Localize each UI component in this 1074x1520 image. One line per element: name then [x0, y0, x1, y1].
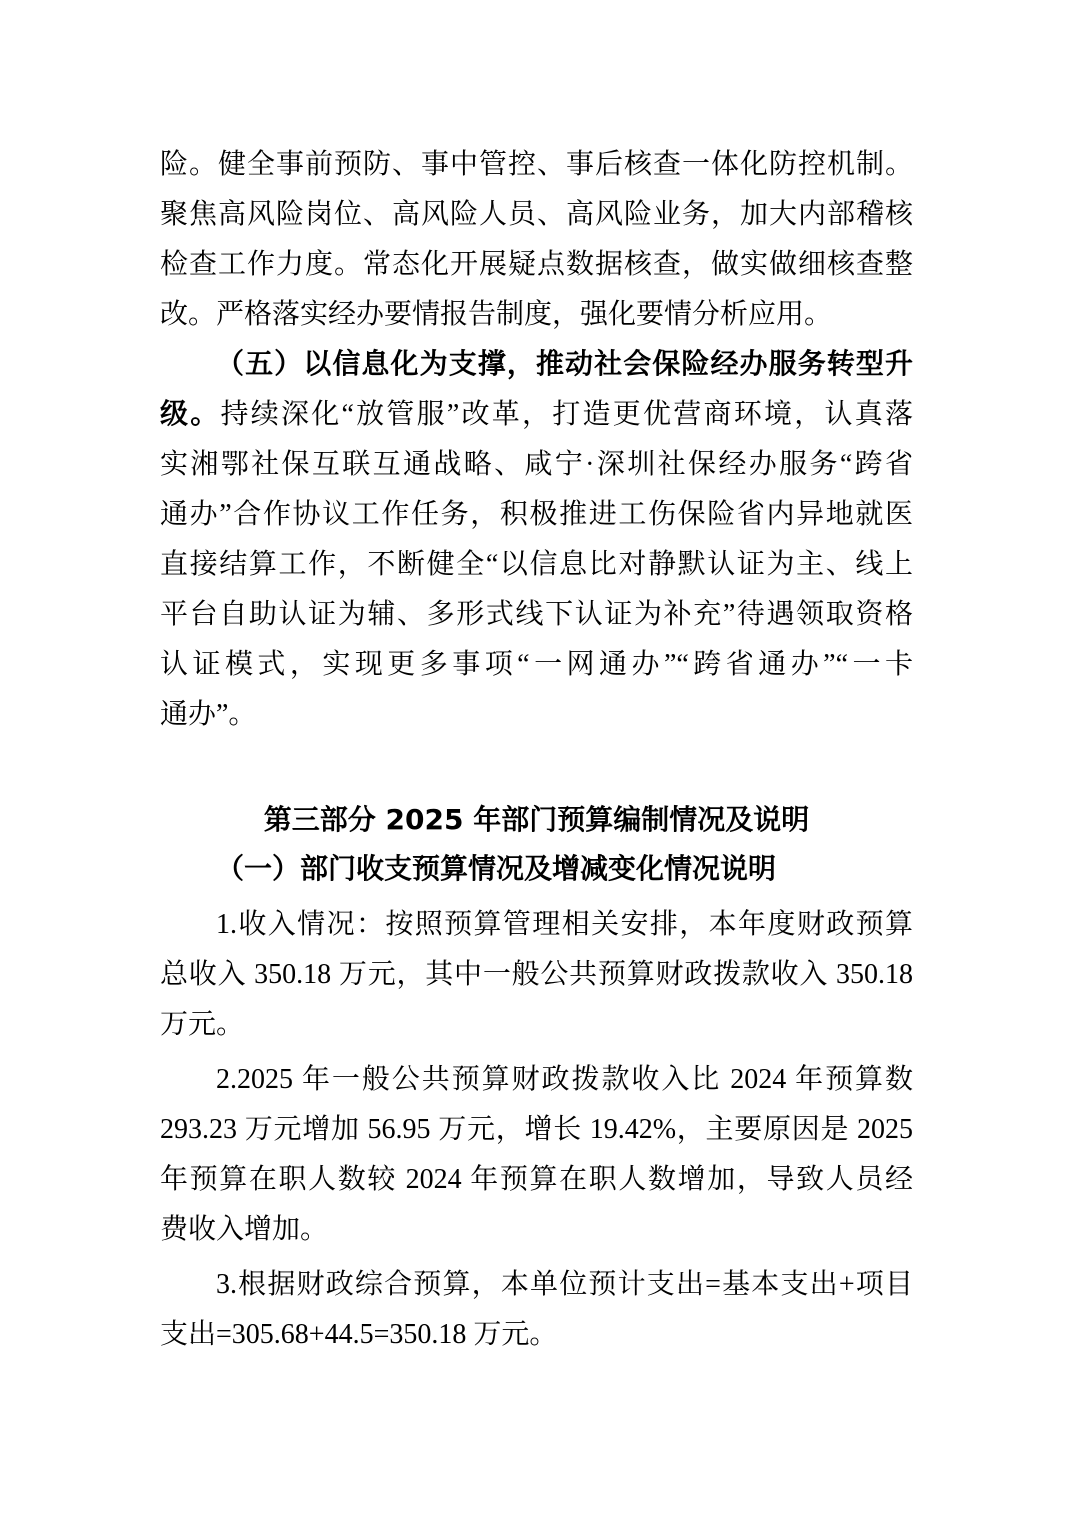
text-column: 险。健全事前预防、事中管控、事后核查一体化防控机制。 聚焦高风险岗位、高风险人员…: [160, 140, 913, 1360]
paragraph-increase: 2.2025 年一般公共预算财政拨款收入比 2024 年预算数 293.23 万…: [160, 1055, 913, 1255]
text-line: 险。健全事前预防、事中管控、事后核查一体化防控机制。: [160, 140, 913, 190]
text-line: 聚焦高风险岗位、高风险人员、高风险业务，加大内部稽核: [160, 190, 913, 240]
paragraph-income: 1.收入情况：按照预算管理相关安排，本年度财政预算 总收入 350.18 万元，…: [160, 900, 913, 1050]
text-line: 改。严格落实经办要情报告制度，强化要情分析应用。: [160, 290, 913, 340]
text-line: 年预算在职人数较 2024 年预算在职人数增加，导致人员经: [160, 1155, 913, 1205]
text-line: 检查工作力度。常态化开展疑点数据核查，做实做细核查整: [160, 240, 913, 290]
paragraph-informatization: （五）以信息化为支撑，推动社会保险经办服务转型升 级。持续深化“放管服”改革，打…: [160, 340, 913, 740]
text-line: 万元。: [160, 1000, 913, 1050]
bold-run: 级。: [160, 399, 221, 430]
sub-heading: （一）部门收支预算情况及增减变化情况说明: [160, 845, 913, 895]
text-run: 持续深化“放管服”改革，打造更优营商环境，认真落: [221, 399, 914, 430]
text-line: 级。持续深化“放管服”改革，打造更优营商环境，认真落: [160, 390, 913, 440]
text-line: 293.23 万元增加 56.95 万元，增长 19.42%，主要原因是 202…: [160, 1105, 913, 1155]
text-line: 平台自助认证为辅、多形式线下认证为补充”待遇领取资格: [160, 590, 913, 640]
text-line: 1.收入情况：按照预算管理相关安排，本年度财政预算: [160, 900, 913, 950]
document-page: 险。健全事前预防、事中管控、事后核查一体化防控机制。 聚焦高风险岗位、高风险人员…: [0, 0, 1074, 1520]
text-line: 直接结算工作，不断健全“以信息比对静默认证为主、线上: [160, 540, 913, 590]
text-line: 费收入增加。: [160, 1205, 913, 1255]
text-line: 支出=305.68+44.5=350.18 万元。: [160, 1310, 913, 1360]
text-line: 认证模式，实现更多事项“一网通办”“跨省通办”“一卡: [160, 640, 913, 690]
text-line: 通办”。: [160, 690, 913, 740]
paragraph-expenditure: 3.根据财政综合预算，本单位预计支出=基本支出+项目 支出=305.68+44.…: [160, 1260, 913, 1360]
text-line: 2.2025 年一般公共预算财政拨款收入比 2024 年预算数: [160, 1055, 913, 1105]
text-line: 3.根据财政综合预算，本单位预计支出=基本支出+项目: [160, 1260, 913, 1310]
text-line-bold-lead: （五）以信息化为支撑，推动社会保险经办服务转型升: [160, 340, 913, 390]
text-line: 总收入 350.18 万元，其中一般公共预算财政拨款收入 350.18: [160, 950, 913, 1000]
section-heading: 第三部分 2025 年部门预算编制情况及说明: [160, 795, 913, 845]
paragraph-fraud-control: 险。健全事前预防、事中管控、事后核查一体化防控机制。 聚焦高风险岗位、高风险人员…: [160, 140, 913, 340]
text-line: 通办”合作协议工作任务，积极推进工伤保险省内异地就医: [160, 490, 913, 540]
text-line: 实湘鄂社保互联互通战略、咸宁·深圳社保经办服务“跨省: [160, 440, 913, 490]
